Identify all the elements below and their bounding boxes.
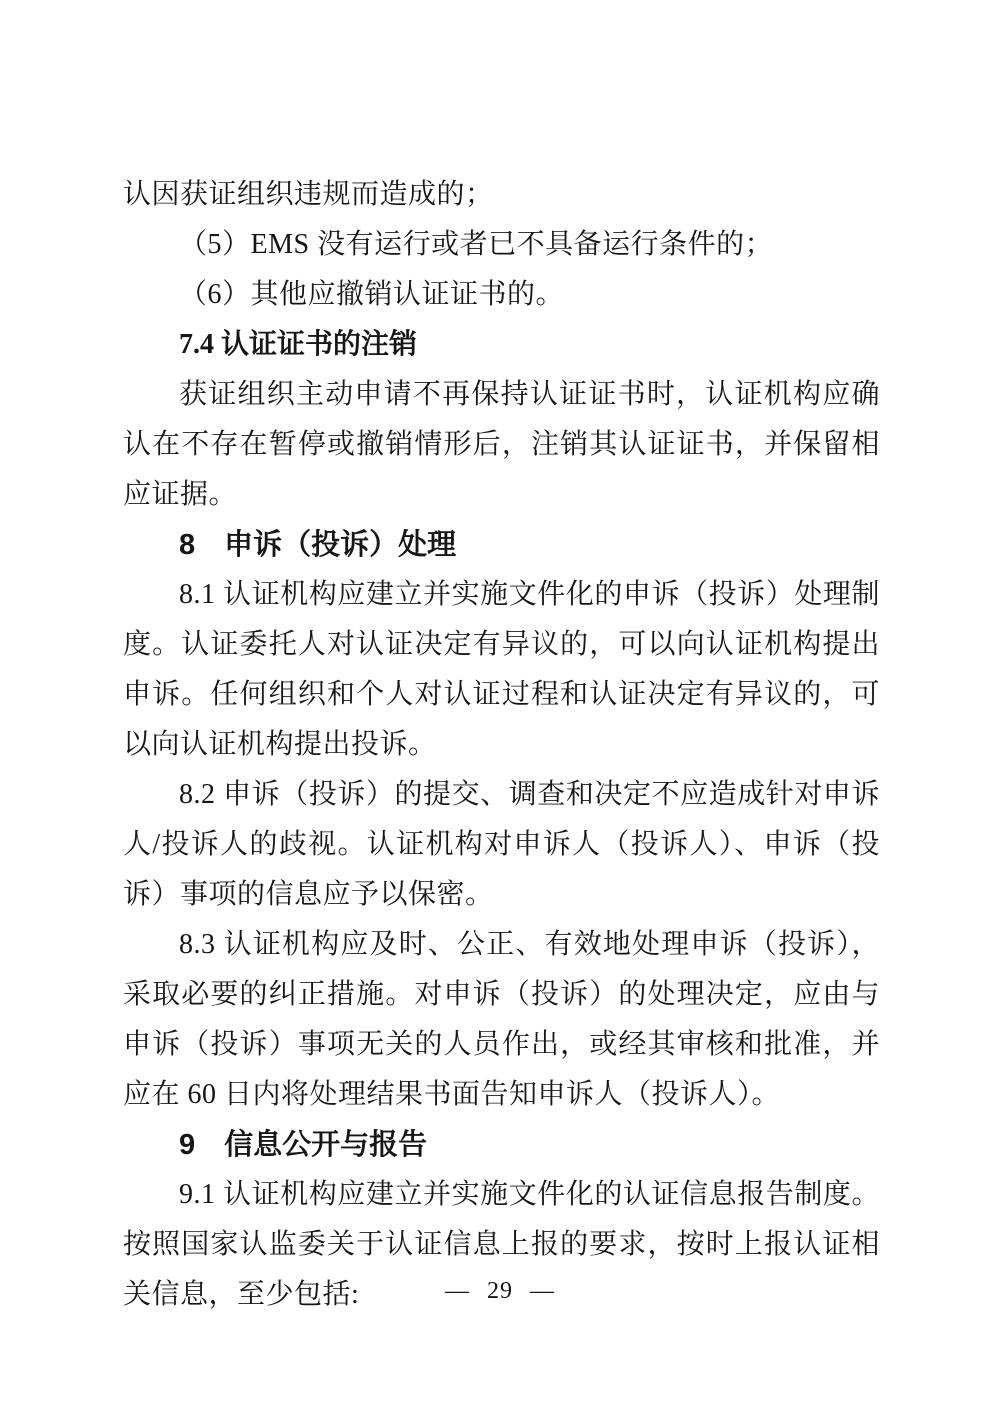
list-item-5: （5）EMS 没有运行或者已不具备运行条件的； <box>123 220 880 270</box>
paragraph-8-1: 8.1 认证机构应建立并实施文件化的申诉（投诉）处理制度。认证委托人对认证决定有… <box>123 570 880 770</box>
list-item-6: （6）其他应撤销认证证书的。 <box>123 270 880 320</box>
heading-9-information-disclosure-reporting: 9 信息公开与报告 <box>123 1120 880 1170</box>
paragraph-8-2: 8.2 申诉（投诉）的提交、调查和决定不应造成针对申诉人/投诉人的歧视。认证机构… <box>123 770 880 920</box>
document-page: 认因获证组织违规而造成的； （5）EMS 没有运行或者已不具备运行条件的； （6… <box>0 0 1000 1414</box>
heading-7-4-certificate-cancellation: 7.4 认证证书的注销 <box>123 320 880 370</box>
paragraph-7-4-body: 获证组织主动申请不再保持认证证书时，认证机构应确认在不存在暂停或撤销情形后，注销… <box>123 370 880 520</box>
paragraph-continuation: 认因获证组织违规而造成的； <box>123 170 880 220</box>
heading-8-appeal-complaint-handling: 8 申诉（投诉）处理 <box>123 520 880 570</box>
page-number: — 29 — <box>0 1276 1000 1306</box>
paragraph-8-3: 8.3 认证机构应及时、公正、有效地处理申诉（投诉），采取必要的纠正措施。对申诉… <box>123 920 880 1120</box>
